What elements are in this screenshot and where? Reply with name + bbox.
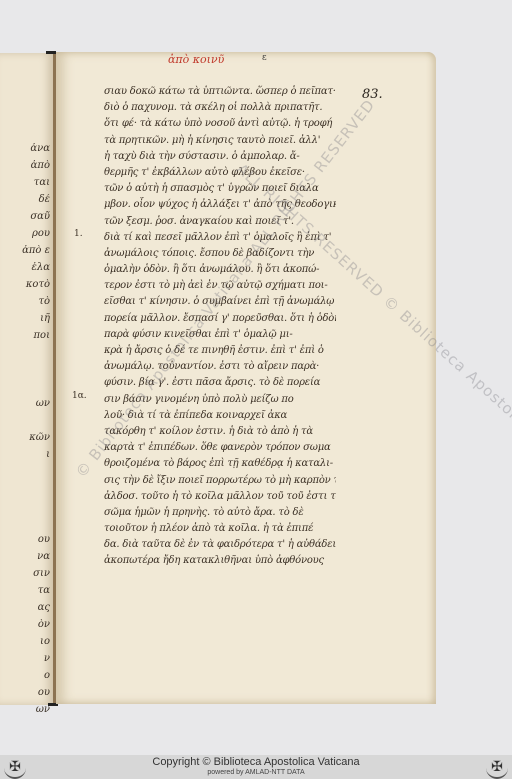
manuscript-text: σιαυ δοκῶ κάτω τὰ ὑπτιῶντα. ὥσπερ ὁ πεῖπ… bbox=[104, 84, 336, 570]
manuscript-line: ἡ ταχὺ διὰ τὴν σύστασιν. ὁ ἀμπολαρ. ἄ- bbox=[104, 149, 336, 165]
spine-mark-top bbox=[46, 51, 56, 54]
left-page-line: σιν bbox=[0, 568, 50, 585]
left-page-line: ὸν bbox=[0, 619, 50, 636]
left-page-edge: ἀναἀπὸταιδέσαῦρουἀπὸ εἐλακοτὸτὸιῆποιωνκῶ… bbox=[0, 53, 56, 705]
manuscript-line: διὸ ὁ παχυνομ. τὰ σκέλη οἱ πολλὰ πριπατῆ… bbox=[104, 100, 336, 116]
vatican-seal-icon: ✠ bbox=[4, 757, 26, 779]
manuscript-line: τακόρθη τ' κοίλον ἐστιν. ἡ διὰ τὸ ἀπὸ ἡ … bbox=[104, 424, 336, 440]
manuscript-line: σῶμα ἡμῶν ἡ πρηνὴς. τὸ αὐτὸ ἄρα. τὸ δὲ bbox=[104, 505, 336, 521]
copyright-text: Copyright © Biblioteca Apostolica Vatica… bbox=[0, 755, 512, 769]
left-page-line bbox=[0, 415, 50, 432]
left-page-line: ρου bbox=[0, 228, 50, 245]
left-page-text: ἀναἀπὸταιδέσαῦρουἀπὸ εἐλακοτὸτὸιῆποιωνκῶ… bbox=[0, 143, 50, 721]
left-page-line: ται bbox=[0, 177, 50, 194]
left-page-line: ο bbox=[0, 670, 50, 687]
manuscript-line: ἀνωμάλοις τόποις. ἔσπου δὲ βαδίζοντι τὴν bbox=[104, 246, 336, 262]
manuscript-line: ἀλδοσ. τοῦτο ἡ τὸ κοῖλα μᾶλλον τοῦ τοῦ ἐ… bbox=[104, 489, 336, 505]
left-page-line: τὸ bbox=[0, 296, 50, 313]
manuscript-line: σιαυ δοκῶ κάτω τὰ ὑπτιῶντα. ὥσπερ ὁ πεῖπ… bbox=[104, 84, 336, 100]
left-page-line bbox=[0, 500, 50, 517]
left-page-line bbox=[0, 483, 50, 500]
left-page-line: ας bbox=[0, 602, 50, 619]
left-page-line bbox=[0, 466, 50, 483]
manuscript-line: καρτὰ τ' ἐπιπέδων. ὅθε φανερὸν τρόπον σω… bbox=[104, 440, 336, 456]
left-page-line: ἀπὸ bbox=[0, 160, 50, 177]
footer: Copyright © Biblioteca Apostolica Vatica… bbox=[0, 755, 512, 779]
left-page-line: δέ bbox=[0, 194, 50, 211]
margin-number: 1α. bbox=[72, 391, 87, 401]
manuscript-line: δα. διὰ ταῦτα δὲ ἐν τὰ φαιδρότερα τ' ἡ α… bbox=[104, 537, 336, 553]
left-page-line: ἀνα bbox=[0, 143, 50, 160]
rubric-header: ἀπὸ κοινῦ bbox=[168, 53, 224, 66]
left-page-line: ι bbox=[0, 449, 50, 466]
powered-by-text: powered by AMLAD-NTT DATA bbox=[0, 769, 512, 777]
manuscript-line: σις τὴν δὲ ἴξιν ποιεῖ πορρωτέρω τὸ μὴ κα… bbox=[104, 473, 336, 489]
left-page-line: ἀπὸ ε bbox=[0, 245, 50, 262]
left-page-line: ου bbox=[0, 687, 50, 704]
left-page-line: κῶν bbox=[0, 432, 50, 449]
left-page-line: τα bbox=[0, 585, 50, 602]
left-page-line: σαῦ bbox=[0, 211, 50, 228]
margin-number: 1. bbox=[74, 229, 83, 239]
left-page-line: ν bbox=[0, 653, 50, 670]
manuscript-line: παρὰ φύσιν κινεῖσθαι ἐπὶ τ' ὁμαλῷ μι- bbox=[104, 327, 336, 343]
manuscript-line: ὁμαλὴν ὁδὸν. ἢ ὅτι ἀνωμάλου. ἢ ὅτι ἀκοπώ… bbox=[104, 262, 336, 278]
left-page-line bbox=[0, 364, 50, 381]
manuscript-line: τοιοῦτον ἡ πλέον ἀπὸ τὰ κοῖλα. ἡ τὰ ἐπιπ… bbox=[104, 521, 336, 537]
left-page-line: ων bbox=[0, 398, 50, 415]
manuscript-line: ἀνωμάλῳ. τοὐναντίον. ἐστι τὸ αἴρειν παρὰ… bbox=[104, 359, 336, 375]
left-page-line: ου bbox=[0, 534, 50, 551]
header-mark: ε bbox=[262, 53, 267, 63]
manuscript-line: θροιζομένα τὸ βάρος ἐπὶ τῇ καθέδρᾳ ἡ κατ… bbox=[104, 456, 336, 472]
left-page-line: ιῆ bbox=[0, 313, 50, 330]
vatican-seal-icon: ✠ bbox=[486, 757, 508, 779]
left-page-line: ων bbox=[0, 704, 50, 721]
manuscript-line: τὰ πρητικῶν. μὴ ἡ κίνησις ταυτὸ ποιεῖ. ἀ… bbox=[104, 133, 336, 149]
left-page-line: ποι bbox=[0, 330, 50, 347]
manuscript-line: κρὰ ἡ ἄρσις ὁ δέ τε πινηθῆ ἐστιν. ἐπὶ τ'… bbox=[104, 343, 336, 359]
left-page-line: ἐλα bbox=[0, 262, 50, 279]
left-page-line bbox=[0, 381, 50, 398]
manuscript-line: πορεία μᾶλλον. ἔσπασί γ' πορεῦσθαι. ὅτι … bbox=[104, 311, 336, 327]
left-page-line bbox=[0, 517, 50, 534]
left-page-line: κοτὸ bbox=[0, 279, 50, 296]
left-page-line: να bbox=[0, 551, 50, 568]
manuscript-line: ἀκοπωτέρα ἤδη κατακλιθῆναι ὑπὸ ἀφθόνους bbox=[104, 553, 336, 569]
left-page-line bbox=[0, 347, 50, 364]
image-viewer[interactable]: ἀναἀπὸταιδέσαῦρουἀπὸ εἐλακοτὸτὸιῆποιωνκῶ… bbox=[0, 0, 512, 755]
left-page-line: ιο bbox=[0, 636, 50, 653]
manuscript-line: ὅτι φέ· τὰ κάτω ὑπὸ νοσοῦ ἀντὶ αὐτῷ. ἡ τ… bbox=[104, 116, 336, 132]
